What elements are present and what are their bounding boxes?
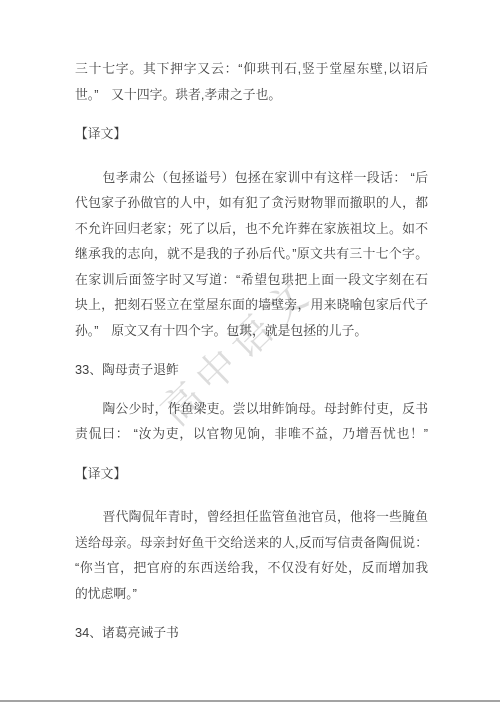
- text-line: 送给母亲。母亲封好鱼干交给送来的人,反而写信责备陶侃说：: [75, 530, 428, 556]
- text-line: 世。” 又十四字。珙者,孝肃之子也。: [75, 82, 428, 108]
- text-line: 继承我的志向，就不是我的子孙后代。”原文共有三十七个字。: [75, 241, 428, 267]
- text-line: 不允许回归老家；死了以后，也不允许葬在家族祖坟上。如不: [75, 216, 428, 242]
- section-heading-33: 33、陶母责子退鲊: [75, 357, 428, 383]
- document-page: 高中语文 三十七字。其下押字又云：“仰珙刊石,竖于堂屋东壁,以诏后 世。” 又十…: [0, 0, 500, 707]
- text-line: “你当官，把官府的东西送给我，不仅没有好处，反而增加我: [75, 555, 428, 581]
- text-line: 三十七字。其下押字又云：“仰珙刊石,竖于堂屋东壁,以诏后: [75, 56, 428, 82]
- text-line: 的忧虑啊。”: [75, 581, 428, 607]
- text-line: 陶公少时，作鱼梁吏。尝以坩鲊饷母。母封鲊付吏，反书: [75, 396, 428, 422]
- bottom-divider: [0, 700, 500, 702]
- text-line: 块上，把刻石竖立在堂屋东面的墙壁旁，用来晓喻包家后代子: [75, 292, 428, 318]
- document-content: 三十七字。其下押字又云：“仰珙刊石,竖于堂屋东壁,以诏后 世。” 又十四字。珙者…: [75, 56, 428, 659]
- section-heading-34: 34、诸葛亮诫子书: [75, 620, 428, 646]
- paragraph-baozheng-translation: 包孝肃公（包拯谥号）包拯在家训中有这样一段话： “后 代包家子孙做官的人中，如有…: [75, 165, 428, 344]
- translation-label: 【译文】: [75, 121, 428, 147]
- text-line: 代包家子孙做官的人中，如有犯了贪污财物罪而撤职的人，都: [75, 190, 428, 216]
- paragraph-opening-original: 三十七字。其下押字又云：“仰珙刊石,竖于堂屋东壁,以诏后 世。” 又十四字。珙者…: [75, 56, 428, 107]
- translation-label: 【译文】: [75, 461, 428, 487]
- text-line: 责侃曰： “汝为吏，以官物见饷，非唯不益，乃增吾忧也！”: [75, 421, 428, 447]
- paragraph-taomu-original: 陶公少时，作鱼梁吏。尝以坩鲊饷母。母封鲊付吏，反书 责侃曰： “汝为吏，以官物见…: [75, 396, 428, 447]
- text-line: 在家训后面签字时又写道：“希望包珙把上面一段文字刻在石: [75, 267, 428, 293]
- text-line: 孙。” 原文又有十四个字。包珙，就是包拯的儿子。: [75, 318, 428, 344]
- text-line: 包孝肃公（包拯谥号）包拯在家训中有这样一段话： “后: [75, 165, 428, 191]
- text-line: 晋代陶侃年青时，曾经担任监管鱼池官员，他将一些腌鱼: [75, 504, 428, 530]
- paragraph-taomu-translation: 晋代陶侃年青时，曾经担任监管鱼池官员，他将一些腌鱼 送给母亲。母亲封好鱼干交给送…: [75, 504, 428, 606]
